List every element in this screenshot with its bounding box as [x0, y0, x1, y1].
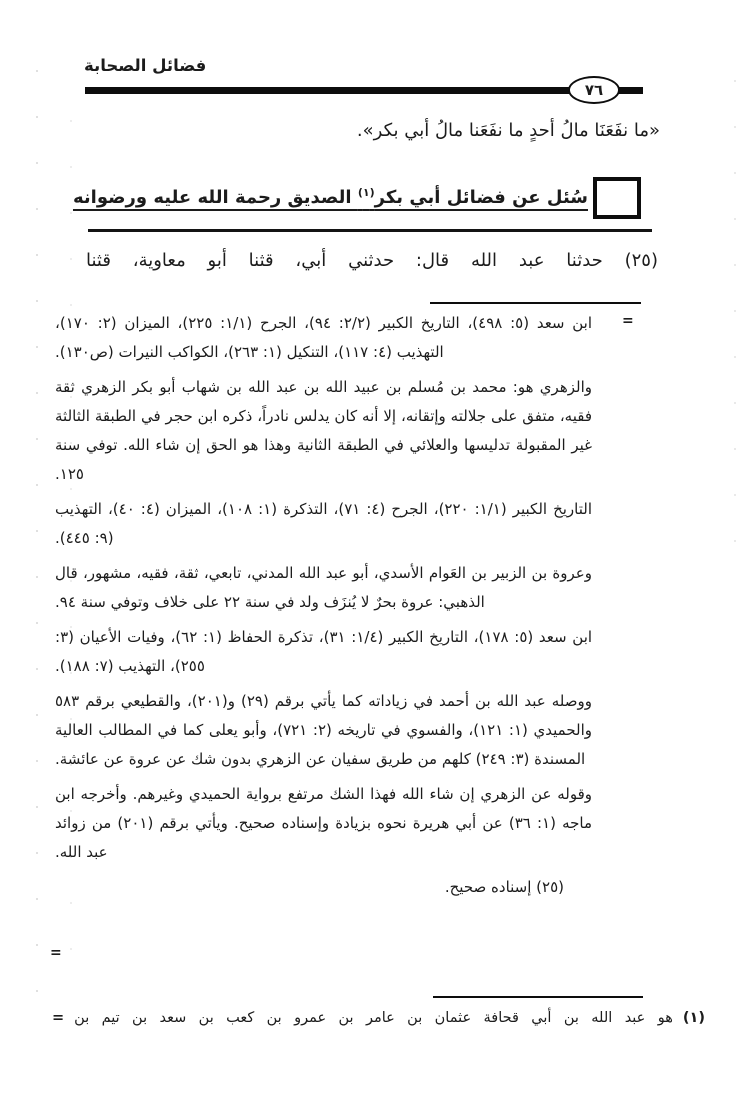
footnote-paragraph: والزهري هو: محمد بن مُسلم بن عبيد الله ب… — [55, 373, 592, 489]
narration-paragraph: (٢٥) حدثنا عبد الله قال: حدثني أبي، قثنا… — [86, 246, 658, 276]
hadith-quote: «ما نفَعَنَا مالُ أحدٍ ما نفَعَنا مالُ أ… — [357, 120, 660, 141]
footnote-block: ابن سعد (٥: ٤٩٨)، التاريخ الكبير (٢/٢: ٩… — [55, 309, 592, 908]
footnote-number: (١) — [683, 1006, 705, 1030]
section-title: سُئل عن فضائل أبي بكر(١) الصديق رحمة الل… — [73, 186, 588, 208]
header-rule — [85, 87, 643, 94]
bottom-footnote-separator — [433, 996, 643, 998]
section-title-text: سُئل عن فضائل أبي بكر — [375, 187, 588, 208]
page-number-badge: ٧٦ — [568, 76, 620, 104]
hadith-grading-note: (٢٥) إسناده صحيح. — [55, 873, 564, 902]
footnote-paragraph: ووصله عبد الله بن أحمد في زياداته كما يأ… — [55, 687, 592, 774]
section-marker-box — [593, 177, 641, 219]
footnote-ref-marker: (١) — [358, 186, 375, 199]
scan-speckle-column — [734, 80, 736, 580]
continuation-mark-left: = — [50, 945, 62, 961]
footnote-paragraph: التاريخ الكبير (١/١: ٢٢٠)، الجرح (٤: ٧١)… — [55, 495, 592, 553]
bottom-footnote: (١) هو عبد الله بن أبي قحافة عثمان بن عا… — [52, 1006, 705, 1030]
page-number: ٧٦ — [585, 81, 603, 99]
continuation-mark-bottom: = — [52, 1006, 64, 1030]
footnote-text: هو عبد الله بن أبي قحافة عثمان بن عامر ب… — [74, 1006, 673, 1030]
continuation-mark-top: = — [622, 313, 634, 329]
section-divider-rule — [88, 229, 652, 232]
footnote-paragraph: ابن سعد (٥: ١٧٨)، التاريخ الكبير (١/٤: ٣… — [55, 623, 592, 681]
section-title-honorific: الصديق رحمة الله عليه ورضوانه — [73, 187, 358, 208]
footnote-paragraph: ابن سعد (٥: ٤٩٨)، التاريخ الكبير (٢/٢: ٩… — [55, 309, 592, 367]
footnote-paragraph: وعروة بن الزبير بن العَوام الأسدي، أبو ع… — [55, 559, 592, 617]
footnote-separator — [430, 302, 641, 304]
book-title: فضائل الصحابة — [84, 56, 206, 75]
scanned-book-page: فضائل الصحابة ٧٦ «ما نفَعَنَا مالُ أحدٍ … — [0, 0, 743, 1100]
scan-speckle-column — [36, 70, 38, 1030]
footnote-paragraph: وقوله عن الزهري إن شاء الله فهذا الشك مر… — [55, 780, 592, 867]
